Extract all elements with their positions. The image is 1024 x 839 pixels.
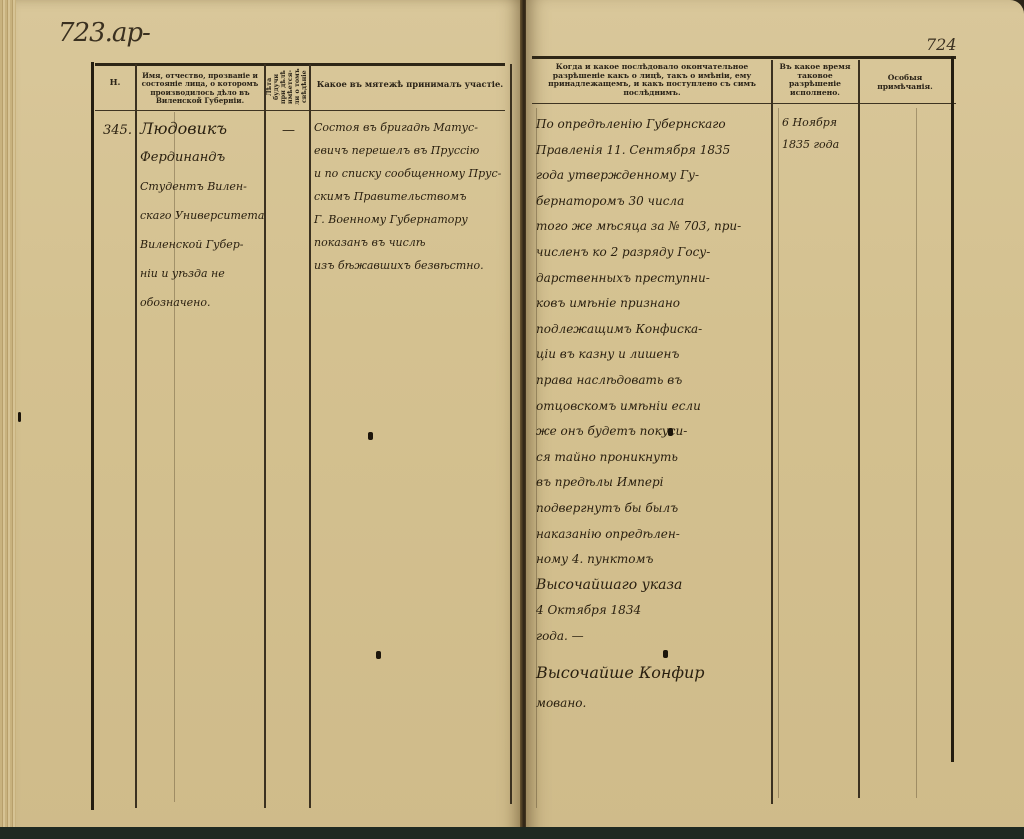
header-remarks: Особыя примѣчанія. bbox=[862, 74, 948, 91]
resolution-line: Высочайшаго указа bbox=[536, 573, 741, 599]
resolution-line: права наслѣдовать въ bbox=[536, 368, 741, 394]
resolution-line: бернаторомъ 30 числа bbox=[536, 189, 741, 215]
resolution-line: наказанію опредѣлен- bbox=[536, 522, 741, 548]
header-top-rule bbox=[532, 56, 956, 59]
name-line: Виленской Губер- bbox=[140, 230, 264, 259]
ink-blot bbox=[376, 651, 381, 659]
left-margin-rule bbox=[91, 62, 94, 810]
executed-line: 6 Ноября bbox=[782, 112, 839, 134]
header-resolution: Когда и какое послѣдовало окончательное … bbox=[534, 63, 770, 98]
resolution-line: По опредѣленію Губернскаго bbox=[536, 112, 741, 138]
column-guide bbox=[778, 108, 779, 798]
header-age: Лѣта будучи при дѣлѣ имѣется-ли о томъ с… bbox=[266, 66, 306, 108]
name-line: Студентъ Вилен- bbox=[140, 172, 264, 201]
executed-line: 1835 года bbox=[782, 134, 839, 156]
resolution-line: ковъ имѣніе признано bbox=[536, 291, 741, 317]
resolution-line: ціи въ казну и лишенъ bbox=[536, 342, 741, 368]
resolution-line: Правленія 11. Сентября 1835 bbox=[536, 138, 741, 164]
participation-line: евичъ перешелъ въ Пруссію bbox=[314, 139, 501, 162]
folio-number-right: 724 bbox=[926, 35, 957, 54]
column-divider bbox=[309, 64, 311, 808]
header-bottom-rule bbox=[95, 110, 505, 111]
ink-blot bbox=[663, 650, 668, 658]
name-line: Людовикъ bbox=[140, 114, 264, 143]
participation-line: Г. Военному Губернатору bbox=[314, 208, 501, 231]
resolution-line: мовано. bbox=[536, 691, 741, 717]
resolution-line: года утвержденному Гу- bbox=[536, 163, 741, 189]
entry-participation: Состоя въ бригадѣ Матус- евичъ перешелъ … bbox=[314, 116, 501, 277]
header-number: Н. bbox=[96, 78, 134, 88]
resolution-line: въ предѣлы Импері bbox=[536, 470, 741, 496]
resolution-line: отцовскомъ имѣніи если bbox=[536, 394, 741, 420]
header-name: Имя, отчество, прозваніе и состояніе лиц… bbox=[138, 72, 262, 105]
resolution-line: 4 Октября 1834 bbox=[536, 598, 741, 624]
participation-line: и по списку сообщенному Прус- bbox=[314, 162, 501, 185]
right-margin-rule bbox=[510, 64, 512, 804]
resolution-line: численъ ко 2 разряду Госу- bbox=[536, 240, 741, 266]
header-bottom-rule bbox=[532, 103, 956, 104]
resolution-line: подвергнутъ бы былъ bbox=[536, 496, 741, 522]
entry-number: 345. bbox=[103, 114, 132, 147]
resolution-line: же онъ будетъ покуси- bbox=[536, 419, 741, 445]
header-executed: Въ какое время таковое разрѣшеніе исполн… bbox=[774, 63, 856, 98]
entry-resolution: По опредѣленію Губернскаго Правленія 11.… bbox=[536, 112, 741, 717]
participation-line: изъ бѣжавшихъ безвѣстно. bbox=[314, 254, 501, 277]
name-line: скаго Университета bbox=[140, 201, 264, 230]
resolution-line: Высочайше Конфир bbox=[536, 655, 741, 691]
ink-blot bbox=[18, 412, 21, 422]
background-surface bbox=[0, 827, 1024, 839]
entry-age: — bbox=[282, 114, 295, 147]
entry-name: Людовикъ Фердинандъ Студентъ Вилен- скаг… bbox=[140, 114, 264, 317]
participation-line: скимъ Правительствомъ bbox=[314, 185, 501, 208]
resolution-line: года. — bbox=[536, 624, 741, 650]
entry-executed: 6 Ноября 1835 года bbox=[782, 112, 839, 156]
resolution-line: подлежащимъ Конфиска- bbox=[536, 317, 741, 343]
resolution-line: ному 4. пунктомъ bbox=[536, 547, 741, 573]
resolution-line: того же мѣсяца за № 703, при- bbox=[536, 214, 741, 240]
folio-number-left: 723.ар- bbox=[58, 18, 150, 48]
name-line: Фердинандъ bbox=[140, 143, 264, 172]
header-participation: Какое въ мятежѣ принималъ участіе. bbox=[312, 80, 508, 90]
column-divider bbox=[771, 60, 773, 804]
column-divider bbox=[858, 60, 860, 798]
name-line: ніи и уѣзда не bbox=[140, 259, 264, 288]
right-margin-rule bbox=[951, 56, 954, 762]
column-divider bbox=[135, 64, 137, 808]
column-guide bbox=[916, 108, 917, 798]
participation-line: Состоя въ бригадѣ Матус- bbox=[314, 116, 501, 139]
right-page: 724 Когда и какое послѣдовало окончатель… bbox=[526, 0, 1024, 839]
name-line: обозначено. bbox=[140, 288, 264, 317]
resolution-line: дарственныхъ преступни- bbox=[536, 266, 741, 292]
left-page: 723.ар- Н. Имя, отчество, прозваніе и со… bbox=[0, 0, 522, 839]
participation-line: показанъ въ числѣ bbox=[314, 231, 501, 254]
ink-blot bbox=[368, 432, 373, 440]
ink-blot bbox=[668, 428, 673, 436]
resolution-line: ся тайно проникнуть bbox=[536, 445, 741, 471]
